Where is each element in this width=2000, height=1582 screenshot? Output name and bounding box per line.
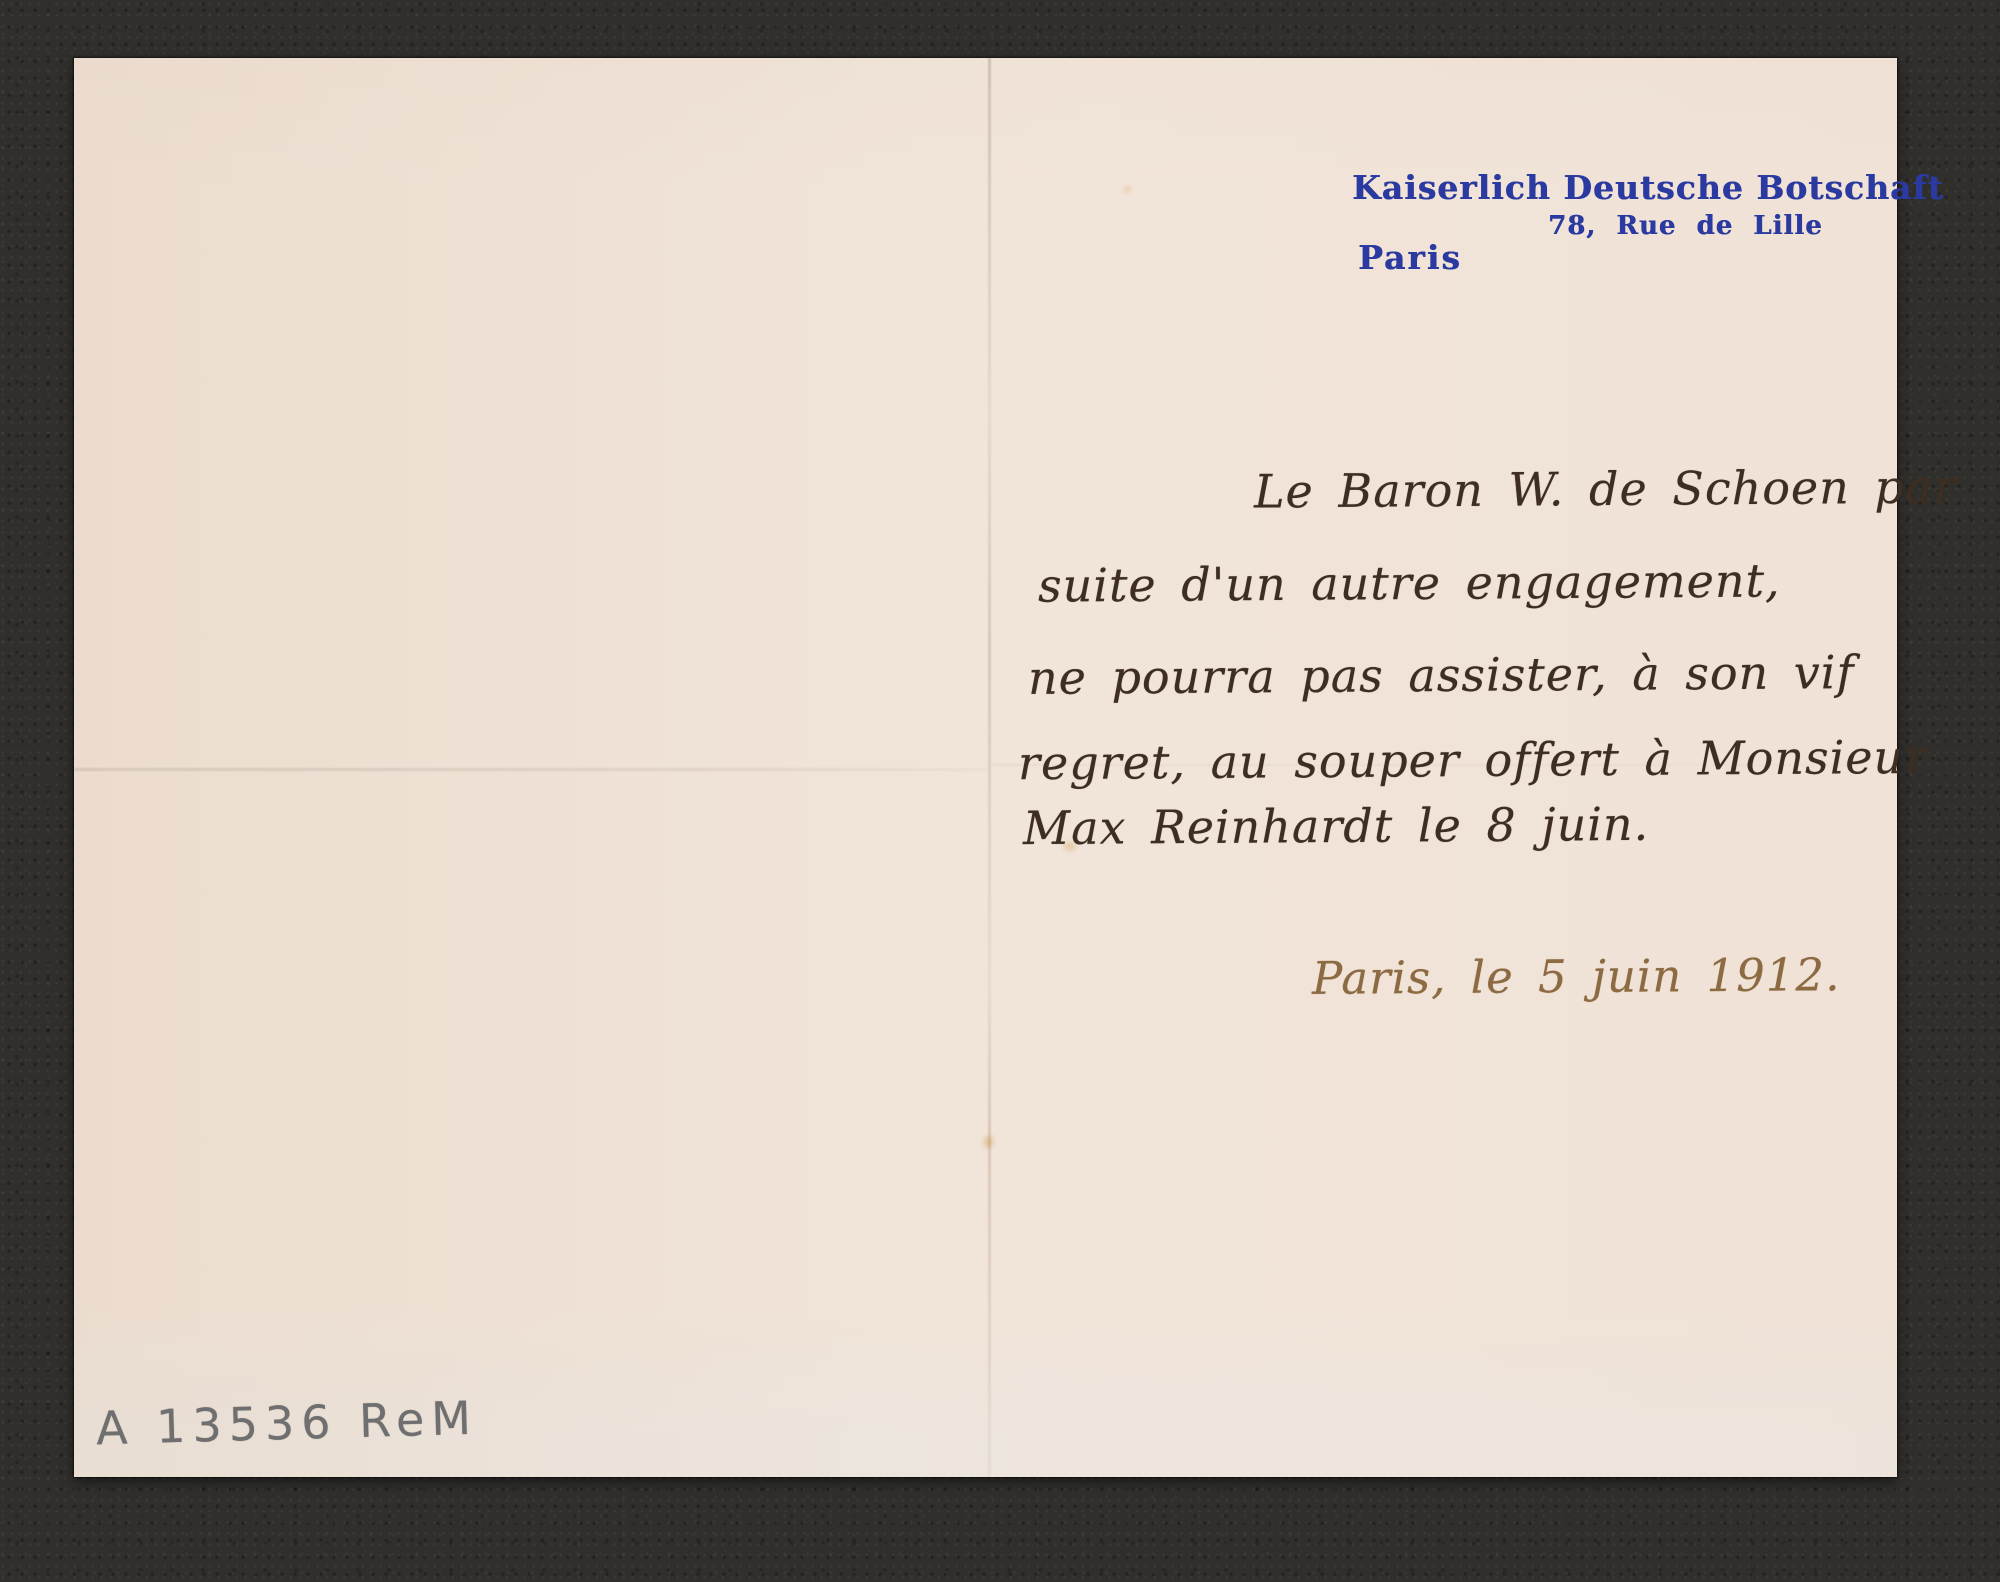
handwritten-line: ne pourra pas assister, à son vif xyxy=(1028,645,1855,705)
handwritten-line: suite d'un autre engagement, xyxy=(1038,553,1781,612)
handwritten-line: Max Reinhardt le 8 juin. xyxy=(1023,797,1650,855)
handwritten-line: regret, au souper offert à Monsieur xyxy=(1018,730,1928,790)
handwritten-line: Le Baron W. de Schoen par xyxy=(1254,460,1957,519)
letterhead-institution: Kaiserlich Deutsche Botschaft xyxy=(1352,168,1944,207)
letterhead-city: Paris xyxy=(1358,238,1462,277)
letterhead-address: 78, Rue de Lille xyxy=(1548,211,1823,241)
handwritten-dateline: Paris, le 5 juin 1912. xyxy=(1312,948,1841,1005)
catalog-number-annotation: A 13536 ReM xyxy=(95,1391,478,1456)
horizontal-fold-crease-left xyxy=(74,768,989,771)
foxing-spot xyxy=(1124,186,1131,193)
foxing-spot xyxy=(984,1136,993,1148)
photo-background: Kaiserlich Deutsche Botschaft 78, Rue de… xyxy=(0,0,2000,1582)
